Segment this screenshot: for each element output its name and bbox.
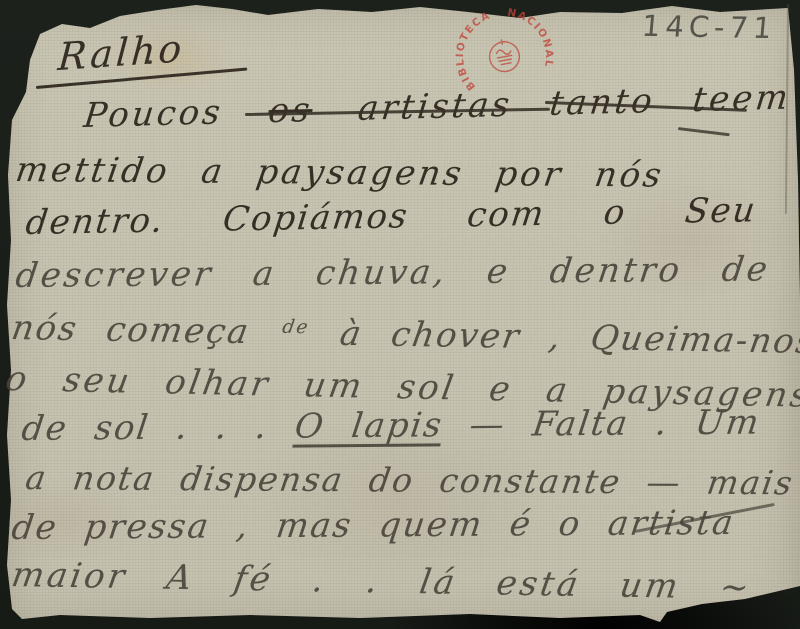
line-segment: à chover , Queima-nos [337, 314, 800, 362]
manuscript-line: a nota dispensa do constante — mais [24, 461, 797, 499]
line-segment: Poucos [82, 92, 225, 136]
crossed-out-word: os [266, 90, 314, 131]
stamp-emblem [487, 37, 522, 74]
line-segment: de sol . . . [19, 407, 297, 449]
superscript-word: de [281, 317, 311, 338]
manuscript-line: de pressa , mas quem é o artista [10, 506, 737, 545]
manuscript-line: mettido a paysagens por nós [13, 153, 666, 193]
catalog-number: 14C-71 [641, 9, 778, 45]
line-segment: nós começa [9, 308, 253, 352]
manuscript-line: descrever a chuva, e dentro de [14, 252, 772, 293]
line-segment: — Falta . Um [467, 403, 763, 446]
ink-dot [148, 60, 152, 64]
line-segment: de pressa , mas quem é o [9, 504, 611, 548]
scan-background: BIBLIOTECA NACIONAL 14C-71 Ralho Poucos … [0, 0, 800, 629]
underlined-phrase: O lapis [292, 405, 445, 446]
manuscript-title: Ralho [57, 29, 186, 76]
svg-text:BIBLIOTECA NACIONAL: BIBLIOTECA NACIONAL [446, 0, 559, 94]
stamp-arc-text: BIBLIOTECA NACIONAL [446, 0, 559, 94]
manuscript-line: de sol . . . O lapis — Falta . Um [20, 406, 763, 446]
